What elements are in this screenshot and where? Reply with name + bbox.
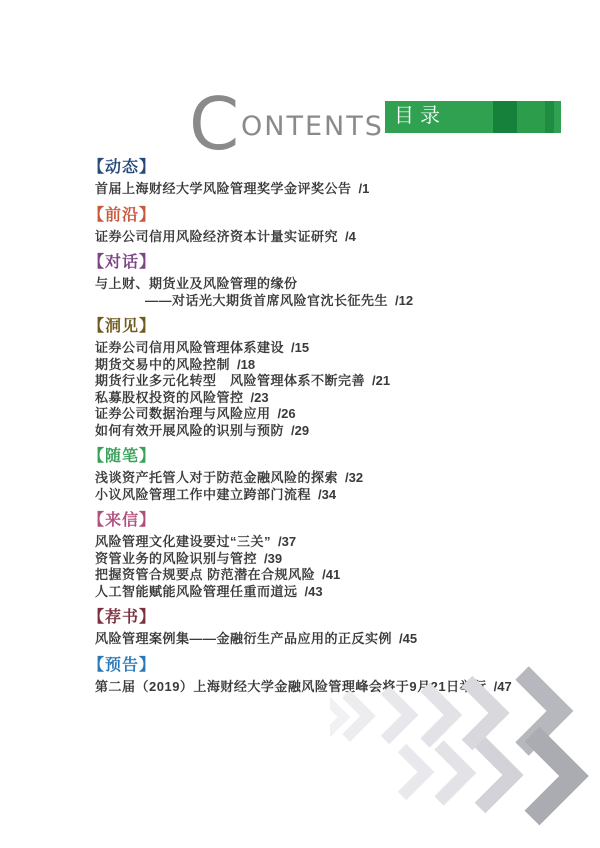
toc-item: 期货交易中的风险控制/18	[88, 357, 566, 374]
bar-narrow-segment	[545, 101, 554, 133]
section-label: 【荐书】	[88, 608, 566, 628]
bar-mid-segment	[517, 101, 545, 133]
toc-item: 首届上海财经大学风险管理奖学金评奖公告/1	[88, 181, 566, 198]
toc-item: 风险管理案例集——金融衍生产品应用的正反实例/45	[88, 631, 566, 648]
chevron-icon	[402, 748, 426, 796]
toc-item: 期货行业多元化转型 风险管理体系不断完善/21	[88, 373, 566, 390]
page-number: /43	[305, 584, 323, 599]
page-number: /26	[278, 406, 296, 421]
chevron-icon	[480, 742, 513, 808]
section-dongjian: 【洞见】 证券公司信用风险管理体系建设/15 期货交易中的风险控制/18 期货行…	[88, 317, 566, 439]
toc-item-subtitle: ——对话光大期货首席风险官沈长征先生/12	[88, 293, 566, 310]
toc-item: 风险管理文化建设要过“三关”/37	[88, 534, 566, 551]
toc-item: 小议风险管理工作中建立跨部门流程/34	[88, 487, 566, 504]
chevron-icon	[467, 681, 499, 745]
page-number: /4	[345, 229, 356, 244]
toc-item: 证券公司信用风险管理体系建设/15	[88, 340, 566, 357]
page-number: /41	[322, 567, 340, 582]
page-number: /34	[318, 487, 336, 502]
page-number: /23	[251, 390, 269, 405]
chevron-icon	[439, 745, 467, 801]
section-suibi: 【随笔】 浅谈资产托管人对于防范金融风险的探索/32 小议风险管理工作中建立跨部…	[88, 447, 566, 503]
chevron-icon	[425, 687, 453, 743]
page-number: /1	[359, 181, 370, 196]
page-number: /21	[372, 373, 390, 388]
page-number: /12	[395, 293, 413, 308]
section-label: 【来信】	[88, 511, 566, 531]
magazine-toc-page: C ONTENTS 目录 【动态】 首届上海财经大学风险管理奖学金评奖公告/1 …	[0, 0, 600, 848]
section-label: 【对话】	[88, 253, 566, 273]
bar-dark-segment	[493, 101, 517, 133]
toc-item: 如何有效开展风险的识别与预防/29	[88, 423, 566, 440]
toc-item: 证券公司信用风险经济资本计量实证研究/4	[88, 229, 566, 246]
toc-item: 与上财、期货业及风险管理的缘份	[88, 276, 566, 293]
toc-item: 证券公司数据治理与风险应用/26	[88, 406, 566, 423]
page-number: /32	[345, 470, 363, 485]
section-duihua: 【对话】 与上财、期货业及风险管理的缘份 ——对话光大期货首席风险官沈长征先生/…	[88, 253, 566, 309]
toc-item: 把握资管合规要点 防范潜在合规风险/41	[88, 567, 566, 584]
toc-item: 人工智能赋能风险管理任重而道远/43	[88, 584, 566, 601]
toc-list: 【动态】 首届上海财经大学风险管理奖学金评奖公告/1 【前沿】 证券公司信用风险…	[88, 150, 566, 695]
toc-item: 私募股权投资的风险管控/23	[88, 390, 566, 407]
section-label: 【前沿】	[88, 206, 566, 226]
chevron-icon	[385, 690, 410, 740]
contents-title: ONTENTS	[241, 112, 384, 142]
toc-badge-bar: 目录	[385, 101, 561, 133]
page-number: /45	[399, 631, 417, 646]
section-label: 【动态】	[88, 158, 566, 178]
chevron-icon	[532, 734, 574, 818]
section-label: 【洞见】	[88, 317, 566, 337]
toc-item: 浅谈资产托管人对于防范金融风险的探索/32	[88, 470, 566, 487]
page-number: /29	[291, 423, 309, 438]
chevron-icon	[330, 699, 344, 735]
page-number: /39	[264, 551, 282, 566]
toc-item: 资管业务的风险识别与管控/39	[88, 551, 566, 568]
section-qianyan: 【前沿】 证券公司信用风险经济资本计量实证研究/4	[88, 206, 566, 246]
toc-badge-label: 目录	[394, 101, 446, 133]
section-laixin: 【来信】 风险管理文化建设要过“三关”/37 资管业务的风险识别与管控/39 把…	[88, 511, 566, 600]
page-number: /18	[237, 357, 255, 372]
section-jianshu: 【荐书】 风险管理案例集——金融衍生产品应用的正反实例/45	[88, 608, 566, 648]
page-number: /37	[278, 534, 296, 549]
page-number: /15	[291, 340, 309, 355]
section-label: 【随笔】	[88, 447, 566, 467]
chevron-arrows-decoration	[330, 655, 600, 848]
section-dongtai: 【动态】 首届上海财经大学风险管理奖学金评奖公告/1	[88, 158, 566, 198]
